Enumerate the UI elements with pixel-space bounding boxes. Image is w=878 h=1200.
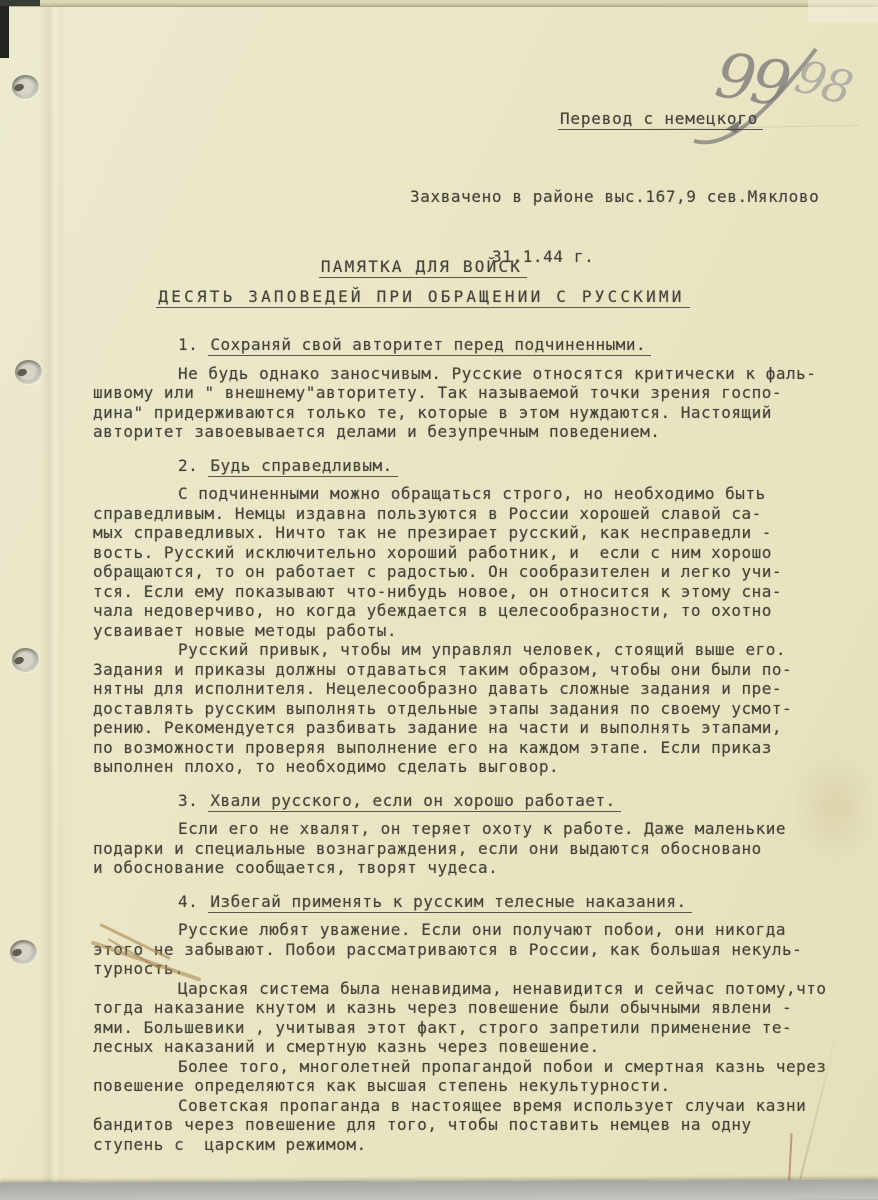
capture-location: Захвачено в районе выс.167,9 сев.Мяклово [410, 187, 819, 207]
text-line: обращаются, то он работает с радостью. О… [93, 562, 863, 582]
document-title-text: ПАМЯТКА ДЛЯ ВОЙСК [319, 257, 527, 278]
text-line: доставлять русским выполнять отдельные э… [93, 699, 863, 719]
paper-stain [790, 747, 878, 867]
section-number: 1. [178, 335, 208, 354]
punch-hole [12, 648, 39, 672]
section-number: 3. [178, 791, 208, 810]
text-line: подарки и специальные вознаграждения, ес… [93, 839, 863, 859]
section-heading-text: Сохраняй свой авторитет перед подчиненны… [208, 335, 651, 356]
text-line: и обоснование сообщается, творят чудеса. [93, 858, 863, 878]
text-line: усваивает новые методы работы. [93, 621, 863, 641]
section-number: 2. [178, 456, 208, 475]
section-heading-text: Будь справедливым. [208, 456, 397, 477]
section: 4. Избегай применять к русским телесные … [93, 892, 863, 1155]
text-line: справедливым. Немцы издавна пользуются в… [93, 504, 863, 524]
page-corner-highlight [808, 0, 878, 22]
text-line: Русский привык, чтобы им управлял челове… [93, 640, 863, 660]
text-line: Более того, многолетней пропагандой побо… [93, 1057, 863, 1077]
paragraph: Русский привык, чтобы им управлял челове… [93, 640, 863, 777]
text-line: Если его не хвалят, он теряет охоту к ра… [93, 819, 863, 839]
text-line: ями. Большевики , учитывая этот факт, ст… [93, 1018, 863, 1038]
section-heading: 4. Избегай применять к русским телесные … [178, 892, 863, 912]
text-line: мых справедливых. Ничто так не презирает… [93, 523, 863, 543]
pencil-stroke [688, 33, 858, 153]
document-title: ПАМЯТКА ДЛЯ ВОЙСК [93, 257, 753, 277]
text-line: по возможности проверяя выполнение его н… [93, 738, 863, 758]
paragraph: Русские любят уважение. Если они получаю… [93, 920, 863, 979]
section-heading: 2. Будь справедливым. [178, 456, 863, 476]
paragraph: Не будь однако заносчивым. Русские относ… [93, 364, 863, 442]
text-line: нятны для исполнителя. Нецелесообразно д… [93, 679, 863, 699]
text-line: Русские любят уважение. Если они получаю… [93, 920, 863, 940]
punch-hole [10, 940, 37, 964]
sections: 1. Сохраняй свой авторитет перед подчине… [93, 335, 863, 1154]
scan-edge-shadow [0, 0, 9, 58]
text-line: тся. Если ему показывают что-нибудь ново… [93, 582, 863, 602]
translation-note: Перевод с немецкого [558, 109, 763, 128]
section-heading: 1. Сохраняй свой авторитет перед подчине… [178, 335, 863, 355]
text-line: Царская система была ненавидима, ненавид… [93, 979, 863, 999]
paragraph: Более того, многолетней пропагандой побо… [93, 1057, 863, 1096]
text-line: чала недоверчиво, но когда убеждается в … [93, 601, 863, 621]
punch-hole [15, 360, 42, 384]
text-line: турность. [93, 959, 863, 979]
paragraph: Советская пропаганда в настоящее время и… [93, 1096, 863, 1155]
section: 1. Сохраняй свой авторитет перед подчине… [93, 335, 863, 442]
section-heading-text: Хвали русского, если он хорошо работает. [208, 791, 620, 812]
text-line: бандитов через повешение для того, чтобы… [93, 1115, 863, 1135]
section: 3. Хвали русского, если он хорошо работа… [93, 791, 863, 878]
section-heading: 3. Хвали русского, если он хорошо работа… [178, 791, 863, 811]
text-line: этого не забывают. Побои рассматриваются… [93, 940, 863, 960]
punch-hole [12, 75, 39, 99]
section-heading-text: Избегай применять к русским телесные нак… [208, 892, 691, 913]
text-line: шивому или " внешнему"авторитету. Так на… [93, 383, 863, 403]
document-subtitle-text: ДЕСЯТЬ ЗАПОВЕДЕЙ ПРИ ОБРАЩЕНИИ С РУССКИМ… [156, 287, 689, 308]
section-number: 4. [178, 892, 208, 911]
scanned-document: 99 98 Перевод с немецкого Захвачено в ра… [0, 0, 878, 1200]
text-line: дина" придерживаются только те, которые … [93, 403, 863, 423]
text-line: рению. Рекомендуется разбивать задание н… [93, 718, 863, 738]
text-line: Не будь однако заносчивым. Русские относ… [93, 364, 863, 384]
text-line: выполнен плохо, то необходимо сделать вы… [93, 757, 863, 777]
page-number-secondary: 98 [790, 49, 857, 116]
text-line: Советская пропаганда в настоящее время и… [93, 1096, 863, 1116]
text-line: лесных наказаний и смертную казнь через … [93, 1037, 863, 1057]
text-line: ступень с царским режимом. [93, 1135, 863, 1155]
text-line: вость. Русский исключительно хороший раб… [93, 543, 863, 563]
document-page: 99 98 Перевод с немецкого Захвачено в ра… [0, 7, 878, 1188]
text-line: повешение определяются как высшая степен… [93, 1076, 863, 1096]
text-line: тогда наказание кнутом и казнь через пов… [93, 998, 863, 1018]
paragraph: С подчиненными можно обращаться строго, … [93, 484, 863, 640]
document-body: ПАМЯТКА ДЛЯ ВОЙСК ДЕСЯТЬ ЗАПОВЕДЕЙ ПРИ О… [93, 257, 863, 1168]
text-line: С подчиненными можно обращаться строго, … [93, 484, 863, 504]
fold-crease [40, 7, 66, 1188]
text-line: Задания и приказы должны отдаваться таки… [93, 660, 863, 680]
section: 2. Будь справедливым.С подчиненными можн… [93, 456, 863, 777]
document-subtitle: ДЕСЯТЬ ЗАПОВЕДЕЙ ПРИ ОБРАЩЕНИИ С РУССКИМ… [93, 287, 753, 307]
scanner-bed [0, 1179, 878, 1200]
text-line: авторитет завоевывается делами и безупре… [93, 422, 863, 442]
paragraph: Царская система была ненавидима, ненавид… [93, 979, 863, 1057]
scan-edge-shadow-top [0, 0, 40, 6]
paragraph: Если его не хвалят, он теряет охоту к ра… [93, 819, 863, 878]
